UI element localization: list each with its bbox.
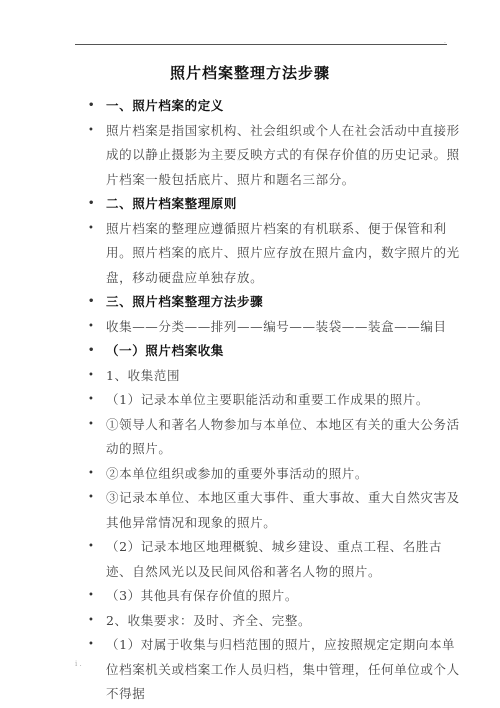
item-text: 1、收集范围 xyxy=(106,368,180,383)
header-rule xyxy=(75,44,447,45)
list-item: •收集——分类——排列——编号——装袋——装盒——编目 xyxy=(88,315,468,340)
bullet-icon: • xyxy=(88,584,95,609)
document-body: •一、照片档案的定义 •照片档案是指国家机构、社会组织或个人在社会活动中直接形成… xyxy=(88,94,468,707)
list-item: •照片档案的整理应遵循照片档案的有机联系、便于保管和利用。照片档案的底片、照片应… xyxy=(88,217,468,291)
bullet-icon: • xyxy=(88,633,95,658)
list-item: •②本单位组织或参加的重要外事活动的照片。 xyxy=(88,462,468,487)
list-item: •③记录本单位、本地区重大事件、重大事故、重大自然灾害及其他异常情况和现象的照片… xyxy=(88,486,468,535)
bullet-icon: • xyxy=(88,119,95,144)
bullet-icon: • xyxy=(88,315,95,340)
item-text: ②本单位组织或参加的重要外事活动的照片。 xyxy=(106,466,368,481)
item-text: 收集——分类——排列——编号——装袋——装盒——编目 xyxy=(106,319,447,334)
bullet-icon: • xyxy=(88,192,95,217)
bullet-icon: • xyxy=(88,535,95,560)
bullet-icon: • xyxy=(88,486,95,511)
section-heading-principles: •二、照片档案整理原则 xyxy=(88,192,468,217)
item-text: ③记录本单位、本地区重大事件、重大事故、重大自然灾害及其他异常情况和现象的照片。 xyxy=(106,490,460,530)
item-text: 三、照片档案整理方法步骤 xyxy=(106,294,263,309)
item-text: 一、照片档案的定义 xyxy=(106,98,224,113)
list-item: •1、收集范围 xyxy=(88,364,468,389)
item-text: （1）记录本单位主要职能活动和重要工作成果的照片。 xyxy=(106,392,429,407)
list-item: •（3）其他具有保存价值的照片。 xyxy=(88,584,468,609)
item-text: 照片档案的整理应遵循照片档案的有机联系、便于保管和利用。照片档案的底片、照片应存… xyxy=(106,221,460,285)
list-item: •（2）记录本地区地理概貌、城乡建设、重点工程、名胜古迹、自然风光以及民间风俗和… xyxy=(88,535,468,584)
page-title: 照片档案整理方法步骤 xyxy=(0,62,500,83)
bullet-icon: • xyxy=(88,94,95,119)
subsection-heading-collection: •（一）照片档案收集 xyxy=(88,339,468,364)
section-heading-definition: •一、照片档案的定义 xyxy=(88,94,468,119)
bullet-icon: • xyxy=(88,290,95,315)
footer-mark: i . xyxy=(75,660,82,668)
bullet-icon: • xyxy=(88,388,95,413)
item-text: 照片档案是指国家机构、社会组织或个人在社会活动中直接形成的以静止摄影为主要反映方… xyxy=(106,123,460,187)
bullet-icon: • xyxy=(88,609,95,634)
list-item: •（1）记录本单位主要职能活动和重要工作成果的照片。 xyxy=(88,388,468,413)
header-mark: . xyxy=(444,38,446,45)
section-heading-steps: •三、照片档案整理方法步骤 xyxy=(88,290,468,315)
item-text: （2）记录本地区地理概貌、城乡建设、重点工程、名胜古迹、自然风光以及民间风俗和著… xyxy=(106,539,442,579)
item-text: ①领导人和著名人物参加与本单位、本地区有关的重大公务活动的照片。 xyxy=(106,417,460,457)
item-text: （1）对属于收集与归档范围的照片，应按照规定定期向本单位档案机关或档案工作人员归… xyxy=(106,637,460,701)
list-item: •（1）对属于收集与归档范围的照片，应按照规定定期向本单位档案机关或档案工作人员… xyxy=(88,633,468,707)
list-item: •照片档案是指国家机构、社会组织或个人在社会活动中直接形成的以静止摄影为主要反映… xyxy=(88,119,468,193)
item-text: 2、收集要求：及时、齐全、完整。 xyxy=(106,613,311,628)
bullet-icon: • xyxy=(88,339,95,364)
bullet-icon: • xyxy=(88,462,95,487)
bullet-icon: • xyxy=(88,413,95,438)
list-item: •2、收集要求：及时、齐全、完整。 xyxy=(88,609,468,634)
item-text: 二、照片档案整理原则 xyxy=(106,196,237,211)
list-item: •①领导人和著名人物参加与本单位、本地区有关的重大公务活动的照片。 xyxy=(88,413,468,462)
item-text: （3）其他具有保存价值的照片。 xyxy=(106,588,298,603)
item-text: （一）照片档案收集 xyxy=(106,343,224,358)
bullet-icon: • xyxy=(88,217,95,242)
bullet-icon: • xyxy=(88,364,95,389)
